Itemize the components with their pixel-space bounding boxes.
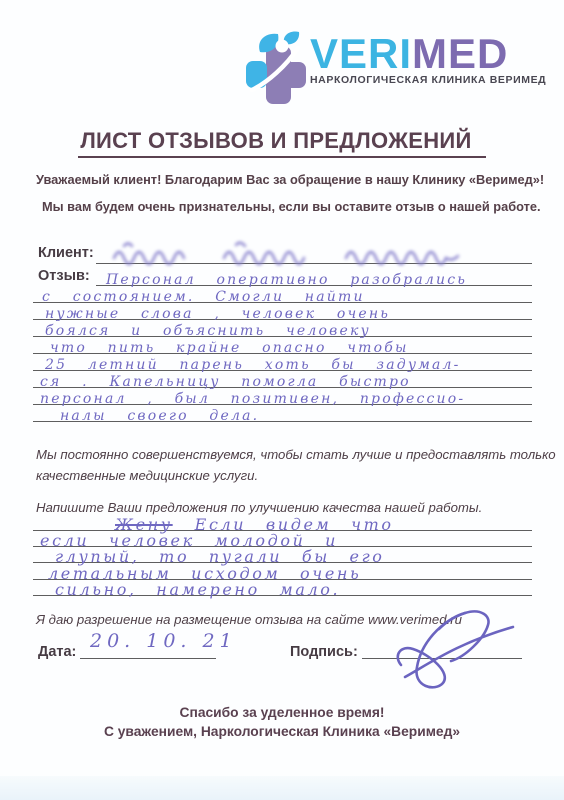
review-ruled-line: что пить крайне опасно чтобы [33,336,532,354]
signature-scribble [393,603,525,693]
review-ruled-line: персонал , был позитивен, профессио- [33,387,532,405]
suggestion-ruled-line: если человек молодой и [33,530,532,547]
medical-cross-person-icon [246,30,306,111]
suggestion-ruled-line: сильно, намерено мало. [33,579,532,596]
review-label: Отзыв: [38,268,90,284]
review-ruled-line: налы своего дела. [33,404,532,422]
suggestion-ruled-line: глупый, то пугали бы его [33,546,532,563]
title-row: ЛИСТ ОТЗЫВОВ И ПРЕДЛОЖЕНИЙ [0,128,564,158]
scan-edge-strip [0,776,564,800]
footer-thanks: Спасибо за уделенное время! [0,703,564,722]
brand-text-block: VERIMED НАРКОЛОГИЧЕСКАЯ КЛИНИКА ВЕРИМЕД [310,30,546,86]
suggestion-ruled-line: ЖенуЕсли видем что [33,514,532,531]
date-value-handwritten: 20. 10. 21 [90,630,237,652]
brand-part-veri: VERI [310,30,412,77]
review-handwriting-line: налы своего дела. [60,408,259,424]
suggestion-ruled-line: летальным исходом очень [33,562,532,580]
intro-request: Мы вам будем очень признательны, если вы… [42,199,541,214]
date-line: 20. 10. 21 [80,632,216,659]
footer-block: Спасибо за уделенное время! С уважением,… [0,703,564,741]
review-ruled-line: нужные слова , человек очень [33,302,532,320]
signature-label: Подпись: [290,644,358,660]
review-ruled-line: боялся и объяснить человеку [33,319,532,337]
review-ruled-line: Персонал оперативно разобрались [96,264,532,286]
review-ruled-line: с состоянием. Смогли найти [33,285,532,303]
brand-part-med: MED [412,30,508,77]
suggestion-handwriting-line: сильно, намерено мало. [55,580,340,599]
date-label: Дата: [38,644,76,660]
clinic-logo: VERIMED НАРКОЛОГИЧЕСКАЯ КЛИНИКА ВЕРИМЕД [246,30,546,111]
footer-regards: С уважением, Наркологическая Клиника «Ве… [0,722,564,741]
review-ruled-line: ся . Капельницу помогла быстро [33,370,532,388]
brand-name: VERIMED [310,30,508,77]
clinic-subtitle: НАРКОЛОГИЧЕСКАЯ КЛИНИКА ВЕРИМЕД [310,74,546,86]
intro-greeting: Уважаемый клиент! Благодарим Вас за обра… [36,172,544,187]
client-name-line [96,240,532,264]
suggestion-prompt: Напишите Ваши предложения по улучшению к… [36,500,482,515]
quality-note: Мы постоянно совершенствуемся, чтобы ста… [36,447,556,462]
client-label: Клиент: [38,245,94,261]
quality-note: качественные медицинские услуги. [36,468,258,483]
client-name-blurred-handwriting [96,240,526,266]
page-title: ЛИСТ ОТЗЫВОВ И ПРЕДЛОЖЕНИЙ [78,128,485,158]
scanned-feedback-form: { "logo": { "brand_part1": "VERI", "bran… [0,0,564,800]
review-ruled-line: 25 летний парень хоть бы задумал- [33,353,532,371]
